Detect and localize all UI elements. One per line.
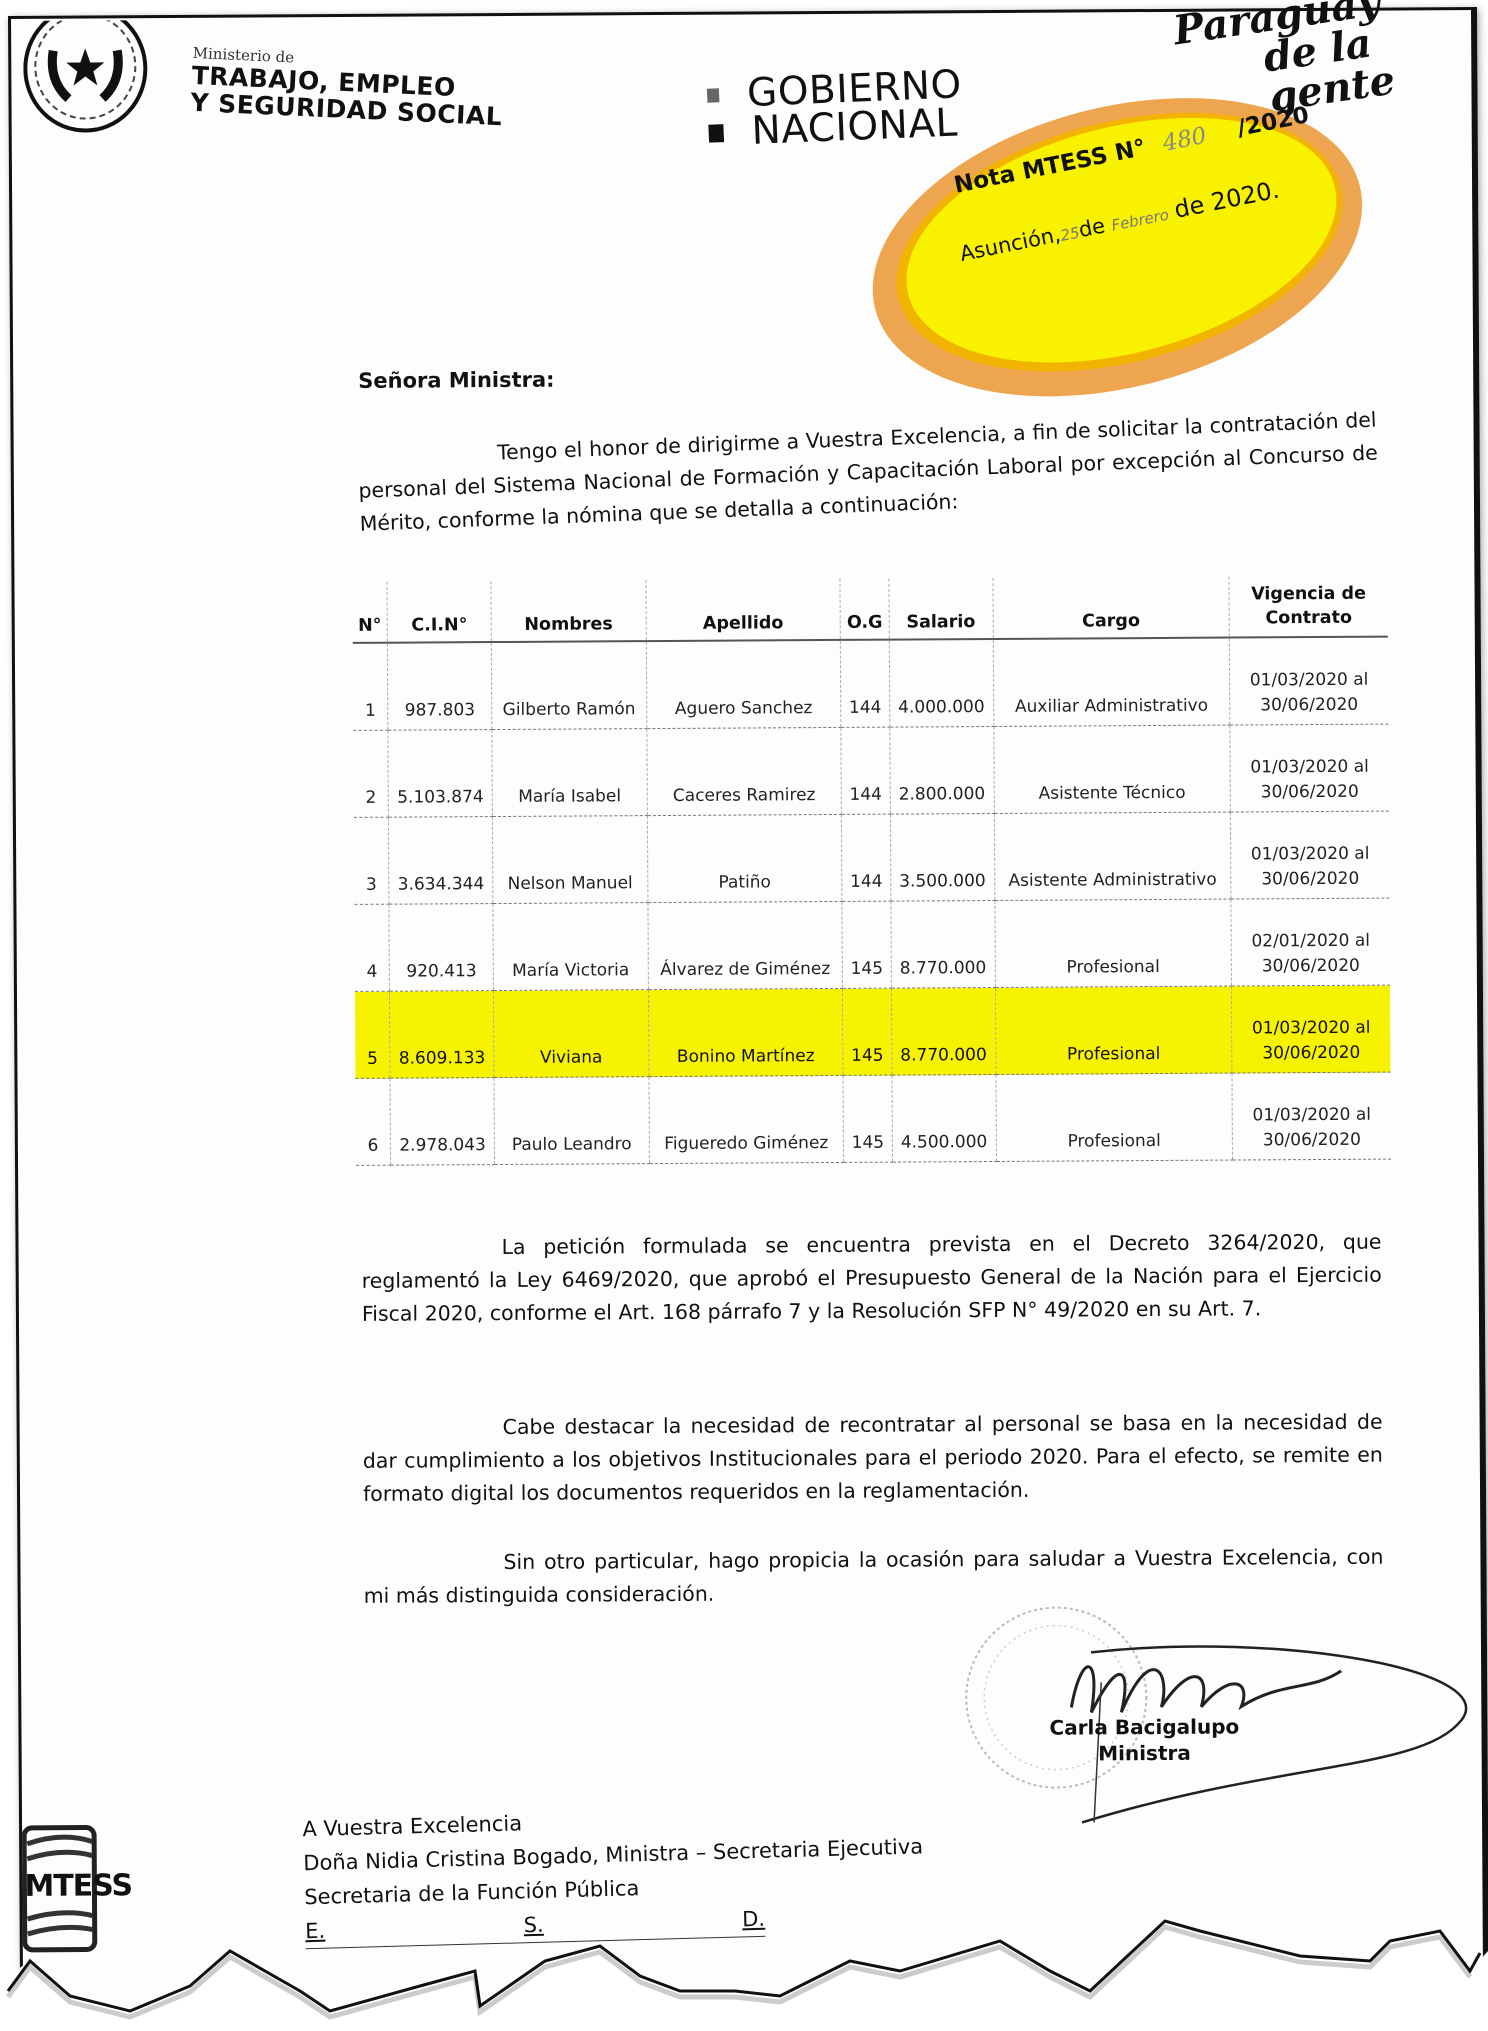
cell-n: 6 <box>355 1078 390 1165</box>
table-row: 25.103.874María IsabelCaceres Ramirez144… <box>353 724 1389 817</box>
signatory: Carla Bacigalupo Ministra <box>1049 1714 1239 1767</box>
table-row: 62.978.043Paulo LeandroFigueredo Giménez… <box>355 1072 1391 1165</box>
cell-cargo: Profesional <box>996 1073 1233 1161</box>
cell-ci: 987.803 <box>388 642 492 730</box>
cell-apellido: Patiño <box>647 814 842 902</box>
ministry-header: Ministerio de TRABAJO, EMPLEO Y SEGURIDA… <box>190 44 505 130</box>
col-vigencia: Vigencia de Contrato <box>1229 576 1388 638</box>
paragraph-justification: Cabe destacar la necesidad de recontrata… <box>363 1406 1384 1511</box>
cell-vigencia: 01/03/2020 al 30/06/2020 <box>1230 724 1389 812</box>
paragraph-closing-text: Sin otro particular, hago propicia la oc… <box>364 1545 1384 1608</box>
col-apellido: Apellido <box>646 579 841 641</box>
cell-og: 145 <box>843 988 892 1075</box>
col-cargo: Cargo <box>993 577 1230 639</box>
cell-n: 2 <box>353 730 388 817</box>
cell-ci: 3.634.344 <box>389 817 493 905</box>
cell-nombres: Paulo Leandro <box>494 1077 649 1165</box>
cell-salario: 8.770.000 <box>891 987 995 1075</box>
cell-salario: 4.000.000 <box>889 639 993 727</box>
cell-salario: 2.800.000 <box>890 726 994 814</box>
torn-paper-edge <box>0 1861 1488 2031</box>
signatory-title: Ministra <box>1050 1740 1240 1767</box>
paragraph-legal-basis: La petición formulada se encuentra previ… <box>361 1226 1382 1331</box>
paragraph-legal-basis-text: La petición formulada se encuentra previ… <box>362 1230 1382 1326</box>
salutation: Señora Ministra: <box>358 368 554 393</box>
cell-vigencia: 01/03/2020 al 30/06/2020 <box>1229 637 1388 725</box>
cell-n: 1 <box>353 643 388 731</box>
col-nombres: Nombres <box>491 580 646 642</box>
table-header-row: N° C.I.N° Nombres Apellido O.G Salario C… <box>352 576 1387 643</box>
cell-nombres: Viviana <box>494 990 649 1078</box>
signatory-name: Carla Bacigalupo <box>1049 1714 1239 1741</box>
cell-apellido: Caceres Ramirez <box>646 727 841 815</box>
cell-ci: 920.413 <box>389 904 493 992</box>
cell-og: 144 <box>842 814 891 901</box>
cell-apellido: Bonino Martínez <box>648 988 843 1076</box>
cell-n: 3 <box>354 817 389 904</box>
cell-cargo: Profesional <box>995 899 1232 987</box>
cell-cargo: Asistente Administrativo <box>994 812 1231 900</box>
table-row: 58.609.133VivianaBonino Martínez1458.770… <box>355 985 1391 1078</box>
logo-square-icon <box>708 124 724 143</box>
paragraph-intro: Tengo el honor de dirigirme a Vuestra Ex… <box>357 404 1380 541</box>
col-ci: C.I.N° <box>387 581 491 643</box>
cell-n: 5 <box>355 991 390 1078</box>
cell-cargo: Asistente Técnico <box>993 725 1230 813</box>
col-salario: Salario <box>889 578 993 640</box>
letter-page: Ministerio de TRABAJO, EMPLEO Y SEGURIDA… <box>8 7 1488 2031</box>
cell-cargo: Auxiliar Administrativo <box>993 638 1230 727</box>
personnel-table: N° C.I.N° Nombres Apellido O.G Salario C… <box>352 576 1391 1166</box>
table-row: 1987.803Gilberto RamónAguero Sanchez1444… <box>353 637 1389 731</box>
cell-nombres: Nelson Manuel <box>493 816 648 904</box>
logo-square-icon <box>707 88 720 102</box>
cell-salario: 4.500.000 <box>892 1074 996 1162</box>
national-seal-icon <box>23 20 164 141</box>
cell-n: 4 <box>354 904 389 991</box>
cell-salario: 3.500.000 <box>890 813 994 901</box>
cell-nombres: María Victoria <box>493 903 648 991</box>
table-row: 4920.413María VictoriaÁlvarez de Giménez… <box>354 898 1390 991</box>
cell-apellido: Aguero Sanchez <box>646 640 841 729</box>
cell-og: 144 <box>841 640 890 728</box>
cell-vigencia: 01/03/2020 al 30/06/2020 <box>1231 985 1390 1073</box>
paragraph-justification-text: Cabe destacar la necesidad de recontrata… <box>363 1410 1383 1506</box>
cell-salario: 8.770.000 <box>891 900 995 988</box>
cell-ci: 5.103.874 <box>388 730 492 818</box>
cell-apellido: Álvarez de Giménez <box>647 901 842 989</box>
cell-nombres: Gilberto Ramón <box>491 641 646 729</box>
table-row: 33.634.344Nelson ManuelPatiño1443.500.00… <box>354 811 1390 904</box>
paragraph-intro-text: Tengo el honor de dirigirme a Vuestra Ex… <box>358 408 1378 536</box>
cell-cargo: Profesional <box>995 986 1232 1074</box>
cell-apellido: Figueredo Giménez <box>649 1075 844 1163</box>
paragraph-closing: Sin otro particular, hago propicia la oc… <box>363 1541 1383 1613</box>
cell-vigencia: 02/01/2020 al 30/06/2020 <box>1231 898 1390 986</box>
cell-ci: 8.609.133 <box>390 991 494 1079</box>
cell-og: 144 <box>841 727 890 814</box>
de-word: de <box>1077 213 1107 242</box>
col-n: N° <box>352 582 387 643</box>
col-og: O.G <box>840 579 889 640</box>
cell-nombres: María Isabel <box>492 729 647 817</box>
cell-og: 145 <box>843 1075 892 1162</box>
cell-og: 145 <box>842 901 891 988</box>
cell-vigencia: 01/03/2020 al 30/06/2020 <box>1232 1072 1391 1160</box>
cell-vigencia: 01/03/2020 al 30/06/2020 <box>1230 811 1389 899</box>
cell-ci: 2.978.043 <box>390 1078 494 1166</box>
